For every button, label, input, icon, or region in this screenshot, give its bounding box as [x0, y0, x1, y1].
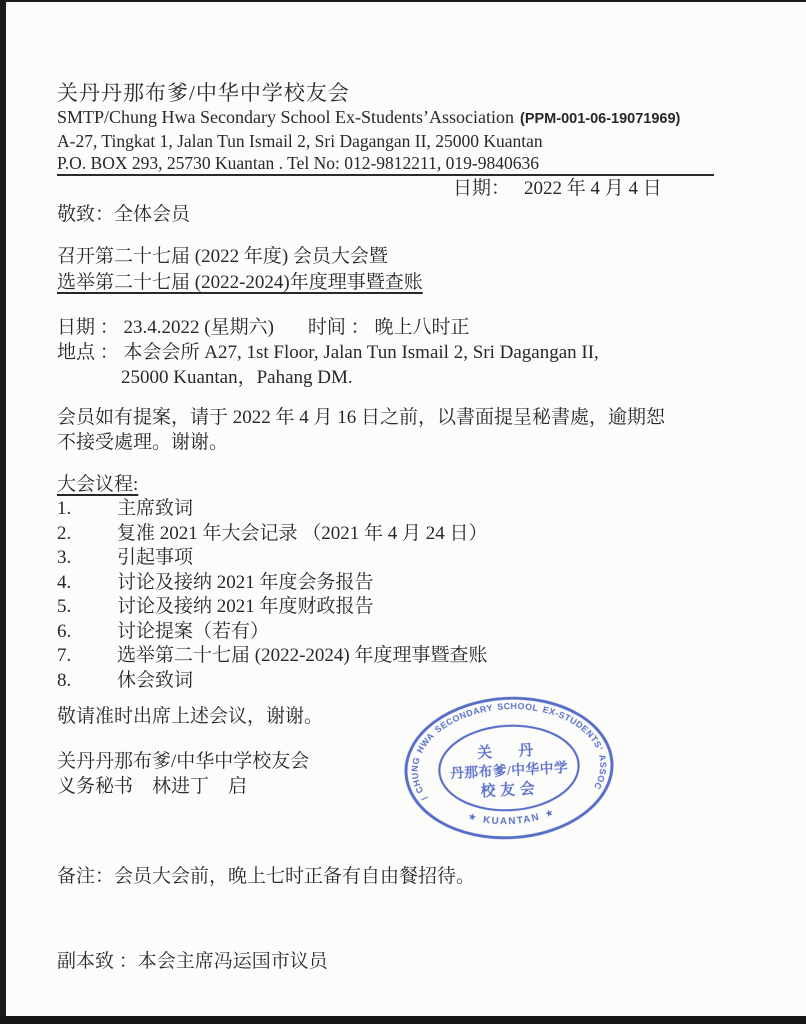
- org-name-english: SMTP/Chung Hwa Secondary School Ex-Stude…: [57, 106, 757, 130]
- agenda-item-text: 选举第二十七届 (2022-2024) 年度理事暨查账: [117, 644, 487, 669]
- agenda-item-number: 5.: [57, 595, 117, 620]
- venue-label: 地点 ：: [57, 342, 119, 363]
- agenda-item-number: 7.: [57, 644, 117, 669]
- stamp-center-line-2: 丹那布爹/中华中学: [450, 759, 569, 781]
- agenda-item: 4.讨论及接纳 2021 年度会务报告: [57, 571, 757, 596]
- agenda-item-text: 讨论及接纳 2021 年度会务报告: [117, 571, 374, 596]
- agenda-item: 3.引起事项: [57, 546, 757, 571]
- meeting-date-label: 日期 ：: [57, 317, 119, 338]
- scan-edge-bottom: [0, 1016, 806, 1024]
- salutation: 敬致：全体会员: [57, 202, 757, 227]
- org-name-english-text: SMTP/Chung Hwa Secondary School Ex-Stude…: [57, 107, 514, 127]
- agenda-item: 5.讨论及接纳 2021 年度财政报告: [57, 595, 757, 620]
- meeting-date-time-row: 日期 ： 23.4.2022 (星期六)时间 ： 晚上八时正: [57, 315, 757, 340]
- agenda-title-text: 大会议程:: [57, 474, 138, 495]
- scanned-letter-page: 关丹丹那布爹/中华中学校友会 SMTP/Chung Hwa Secondary …: [0, 0, 806, 1024]
- association-stamp: SMTP / CHUNG HWA SECONDARY SCHOOL EX-STU…: [397, 688, 620, 847]
- issue-date-label: 日期：: [453, 178, 510, 199]
- scan-edge-left: [0, 0, 6, 1024]
- agenda-item: 7.选举第二十七届 (2022-2024) 年度理事暨查账: [57, 644, 757, 669]
- scan-edge-top: [0, 0, 806, 2]
- address-line: A-27, Tingkat 1, Jalan Tun Ismail 2, Sri…: [57, 130, 757, 152]
- agenda-item-number: 6.: [57, 620, 117, 645]
- agenda-item: 6.讨论提案（若有）: [57, 620, 757, 645]
- agenda-item-number: 1.: [57, 497, 117, 522]
- issue-date-value: 2022 年 4 月 4 日: [524, 178, 662, 199]
- agenda-item: 8.休会致词: [57, 669, 757, 694]
- agenda-item-text: 引起事项: [117, 546, 193, 571]
- remark-line: 备注：会员大会前，晚上七时正备有自由餐招待。: [57, 864, 757, 889]
- proposal-note-line-2: 不接受處理。谢谢。: [57, 430, 757, 455]
- subject-line-2: 选举第二十七届 (2022-2024)年度理事暨查账: [57, 270, 757, 296]
- registration-number: (PPM-001-06-19071969): [520, 111, 680, 127]
- proposal-note-line-1: 会员如有提案，请于 2022 年 4 月 16 日之前，以書面提呈秘書處，逾期恕: [57, 405, 757, 430]
- subject-line-1: 召开第二十七届 (2022 年度) 会员大会暨: [57, 244, 757, 270]
- agenda-item-text: 休会致词: [117, 669, 193, 694]
- subject-line-2-text: 选举第二十七届 (2022-2024)年度理事暨查账: [57, 272, 423, 293]
- meeting-date-value: 23.4.2022 (星期六): [124, 317, 274, 338]
- agenda-item-number: 8.: [57, 669, 117, 694]
- agenda-title: 大会议程:: [57, 472, 757, 497]
- cc-line: 副本致 ：本会主席冯运国市议员: [57, 949, 757, 974]
- agenda-item: 2.复准 2021 年大会记录 （2021 年 4 月 24 日）: [57, 522, 757, 547]
- stamp-center-line-1: 关 丹: [477, 741, 540, 762]
- stamp-center-line-3: 校友会: [479, 779, 540, 800]
- venue-row: 地点 ： 本会会所 A27, 1st Floor, Jalan Tun Isma…: [57, 340, 757, 365]
- meeting-time-value: 晚上八时正: [374, 317, 469, 338]
- agenda-item-number: 4.: [57, 571, 117, 596]
- agenda-item-text: 讨论及接纳 2021 年度财政报告: [117, 595, 374, 620]
- agenda-item-text: 复准 2021 年大会记录 （2021 年 4 月 24 日）: [117, 522, 488, 547]
- stamp-svg: SMTP / CHUNG HWA SECONDARY SCHOOL EX-STU…: [397, 688, 620, 847]
- meeting-time-label: 时间 ：: [308, 317, 370, 338]
- agenda-item-text: 主席致词: [117, 497, 193, 522]
- contact-line: P.O. BOX 293, 25730 Kuantan . Tel No: 01…: [57, 152, 757, 174]
- venue-line-1: 本会会所 A27, 1st Floor, Jalan Tun Ismail 2,…: [124, 342, 599, 363]
- org-name-chinese: 关丹丹那布爹/中华中学校友会: [57, 80, 757, 106]
- venue-line-2: 25000 Kuantan，Pahang DM.: [57, 365, 757, 390]
- agenda-item-text: 讨论提案（若有）: [117, 620, 269, 645]
- agenda-item-number: 3.: [57, 546, 117, 571]
- agenda-item-number: 2.: [57, 522, 117, 547]
- agenda-item: 1.主席致词: [57, 497, 757, 522]
- issue-date-row: 日期：2022 年 4 月 4 日: [57, 176, 757, 202]
